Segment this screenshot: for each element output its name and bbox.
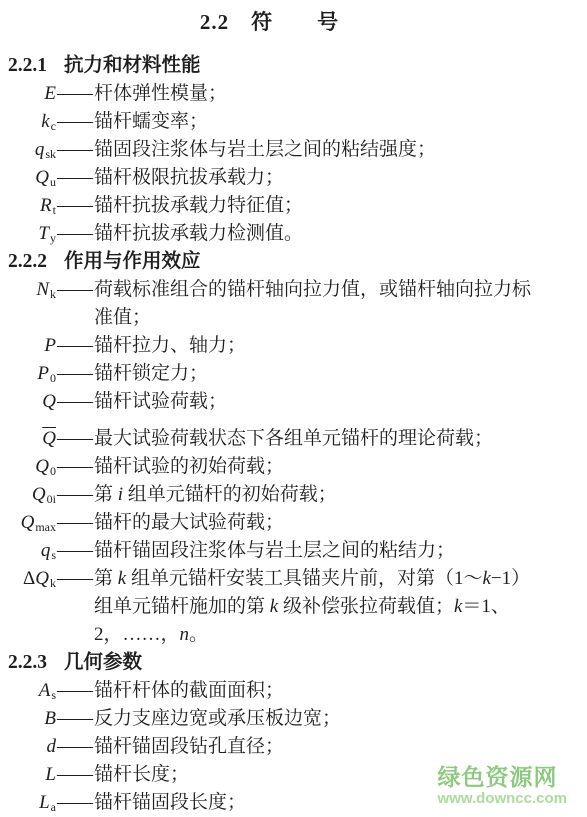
- symbol-row: Qu——锚杆极限抗拔承载力；: [8, 164, 531, 192]
- symbol: L: [8, 761, 56, 789]
- em-dash: ——: [57, 220, 91, 248]
- page-title: 2.2 符 号: [8, 7, 531, 37]
- section-heading: 2.2.3几何参数: [8, 649, 531, 677]
- symbol: d: [8, 733, 56, 761]
- symbol-row: Qmax——锚杆的最大试验荷载；: [8, 509, 531, 537]
- symbol: As: [8, 677, 56, 705]
- symbol: qsk: [8, 136, 56, 164]
- symbol-letter: Q: [35, 453, 49, 481]
- symbol-row: kc——锚杆蠕变率；: [8, 108, 531, 136]
- symbol-definition: 锚杆锁定力；: [94, 360, 531, 388]
- symbol-letter: Q: [21, 509, 35, 537]
- symbol: Q: [8, 388, 56, 416]
- symbol: ΔQk: [8, 565, 56, 593]
- symbol: P: [8, 332, 56, 360]
- symbol-definition: 锚杆蠕变率；: [94, 108, 531, 136]
- em-dash: ——: [57, 565, 91, 593]
- em-dash: ——: [57, 789, 91, 817]
- em-dash: ——: [57, 332, 91, 360]
- section-heading: 2.2.1抗力和材料性能: [8, 52, 531, 80]
- symbol-definition: 最大试验荷载状态下各组单元锚杆的理论荷载；: [94, 425, 531, 453]
- symbol-definition: 锚杆试验的初始荷载；: [94, 453, 531, 481]
- symbol: B: [8, 705, 56, 733]
- symbol-definition: 锚杆锚固段注浆体与岩土层之间的粘结力；: [94, 537, 531, 565]
- em-dash: ——: [57, 136, 91, 164]
- symbol-letter: d: [47, 733, 57, 761]
- symbol-letter: q: [41, 537, 51, 565]
- symbol-definition: 锚杆极限抗拔承载力；: [94, 164, 531, 192]
- symbol: Qu: [8, 164, 56, 192]
- section-number: 2.2.2: [8, 251, 47, 272]
- symbol-letter: Q: [42, 388, 56, 416]
- em-dash: ——: [57, 276, 91, 304]
- em-dash: ——: [57, 453, 91, 481]
- symbol: qs: [8, 537, 56, 565]
- symbol-letter: P: [44, 332, 56, 360]
- em-dash: ——: [57, 108, 91, 136]
- symbol-row: Nk——荷载标准组合的锚杆轴向拉力值，或锚杆轴向拉力标准值；: [8, 276, 531, 332]
- symbol-row: Q——最大试验荷载状态下各组单元锚杆的理论荷载；: [8, 425, 531, 453]
- em-dash: ——: [57, 677, 91, 705]
- section-number: 2.2.3: [8, 652, 47, 673]
- section: 2.2.2作用与作用效应Nk——荷载标准组合的锚杆轴向拉力值，或锚杆轴向拉力标准…: [8, 248, 531, 649]
- symbol-letter: Q: [32, 481, 46, 509]
- symbol-letter: E: [44, 80, 56, 108]
- symbol: Rt: [8, 192, 56, 220]
- em-dash: ——: [57, 481, 91, 509]
- em-dash: ——: [57, 360, 91, 388]
- symbol-row: d——锚杆锚固段钻孔直径；: [8, 733, 531, 761]
- symbol-definition: 锚杆的最大试验荷载；: [94, 509, 531, 537]
- symbol-letter: k: [41, 108, 49, 136]
- em-dash: ——: [57, 761, 91, 789]
- symbol-definition: 第 i 组单元锚杆的初始荷载；: [94, 481, 531, 509]
- watermark-site-name: 绿色资源网: [438, 765, 567, 790]
- section: 2.2.1抗力和材料性能E——杆体弹性模量；kc——锚杆蠕变率；qsk——锚固段…: [8, 52, 531, 248]
- symbol-row: E——杆体弹性模量；: [8, 80, 531, 108]
- section-title: 几何参数: [64, 652, 142, 673]
- symbol: Ty: [8, 220, 56, 248]
- symbol: E: [8, 80, 56, 108]
- symbol-row: B——反力支座边宽或承压板边宽；: [8, 705, 531, 733]
- symbol-definition: 锚杆试验荷载；: [94, 388, 531, 416]
- symbol-letter: P: [37, 360, 49, 388]
- symbol: Q0: [8, 453, 56, 481]
- symbol-row: ΔQk——第 k 组单元锚杆安装工具锚夹片前，对第（1～k−1）组单元锚杆施加的…: [8, 565, 531, 649]
- symbol-definition: 锚杆锚固段钻孔直径；: [94, 733, 531, 761]
- symbol-row: Q0——锚杆试验的初始荷载；: [8, 453, 531, 481]
- symbol-row: Ty——锚杆抗拔承载力检测值。: [8, 220, 531, 248]
- em-dash: ——: [57, 425, 91, 453]
- section-heading: 2.2.2作用与作用效应: [8, 248, 531, 276]
- symbol-definition: 锚杆抗拔承载力特征值；: [94, 192, 531, 220]
- symbol-definition: 反力支座边宽或承压板边宽；: [94, 705, 531, 733]
- document-page: 2.2 符 号 2.2.1抗力和材料性能E——杆体弹性模量；kc——锚杆蠕变率；…: [0, 0, 587, 817]
- symbol-letter: T: [38, 220, 49, 248]
- section-number: 2.2.1: [8, 55, 47, 76]
- section-title: 作用与作用效应: [64, 251, 201, 272]
- watermark-url: www.downcc.com: [438, 791, 567, 808]
- symbol-definition: 锚杆杆体的截面面积；: [94, 677, 531, 705]
- symbol-row: Q0i——第 i 组单元锚杆的初始荷载；: [8, 481, 531, 509]
- symbol-row: Q——锚杆试验荷载；: [8, 388, 531, 416]
- em-dash: ——: [57, 388, 91, 416]
- symbol-definition: 第 k 组单元锚杆安装工具锚夹片前，对第（1～k−1）组单元锚杆施加的第 k 级…: [94, 565, 531, 649]
- symbol-letter: L: [45, 761, 56, 789]
- symbol-row: P0——锚杆锁定力；: [8, 360, 531, 388]
- symbol-letter: Q: [35, 565, 49, 593]
- em-dash: ——: [57, 192, 91, 220]
- em-dash: ——: [57, 537, 91, 565]
- em-dash: ——: [57, 80, 91, 108]
- em-dash: ——: [57, 733, 91, 761]
- symbol: Q: [8, 425, 56, 453]
- symbol: La: [8, 789, 56, 817]
- em-dash: ——: [57, 164, 91, 192]
- symbol: kc: [8, 108, 56, 136]
- symbol-definition: 锚杆抗拔承载力检测值。: [94, 220, 531, 248]
- symbol-letter: L: [39, 789, 50, 817]
- symbol-row: qs——锚杆锚固段注浆体与岩土层之间的粘结力；: [8, 537, 531, 565]
- sections-container: 2.2.1抗力和材料性能E——杆体弹性模量；kc——锚杆蠕变率；qsk——锚固段…: [8, 52, 531, 817]
- symbol-row: As——锚杆杆体的截面面积；: [8, 677, 531, 705]
- symbol-row: Rt——锚杆抗拔承载力特征值；: [8, 192, 531, 220]
- symbol: Qmax: [8, 509, 56, 537]
- symbol-definition: 杆体弹性模量；: [94, 80, 531, 108]
- symbol-definition: 锚固段注浆体与岩土层之间的粘结强度；: [94, 136, 531, 164]
- symbol: Q0i: [8, 481, 56, 509]
- watermark: 绿色资源网 www.downcc.com: [438, 765, 567, 807]
- symbol-row: qsk——锚固段注浆体与岩土层之间的粘结强度；: [8, 136, 531, 164]
- symbol: P0: [8, 360, 56, 388]
- symbol-letter: A: [39, 677, 51, 705]
- symbol-letter: q: [35, 136, 45, 164]
- em-dash: ——: [57, 509, 91, 537]
- symbol-definition: 锚杆拉力、轴力；: [94, 332, 531, 360]
- symbol-letter: N: [36, 276, 49, 304]
- em-dash: ——: [57, 705, 91, 733]
- symbol-prefix: Δ: [23, 565, 35, 593]
- symbol-definition: 荷载标准组合的锚杆轴向拉力值，或锚杆轴向拉力标准值；: [94, 276, 531, 332]
- symbol: Nk: [8, 276, 56, 304]
- symbol-letter: R: [40, 192, 52, 220]
- section-title: 抗力和材料性能: [64, 55, 201, 76]
- symbol-letter: B: [44, 705, 56, 733]
- symbol-letter: Q: [42, 425, 56, 453]
- symbol-letter: Q: [35, 164, 49, 192]
- symbol-row: P——锚杆拉力、轴力；: [8, 332, 531, 360]
